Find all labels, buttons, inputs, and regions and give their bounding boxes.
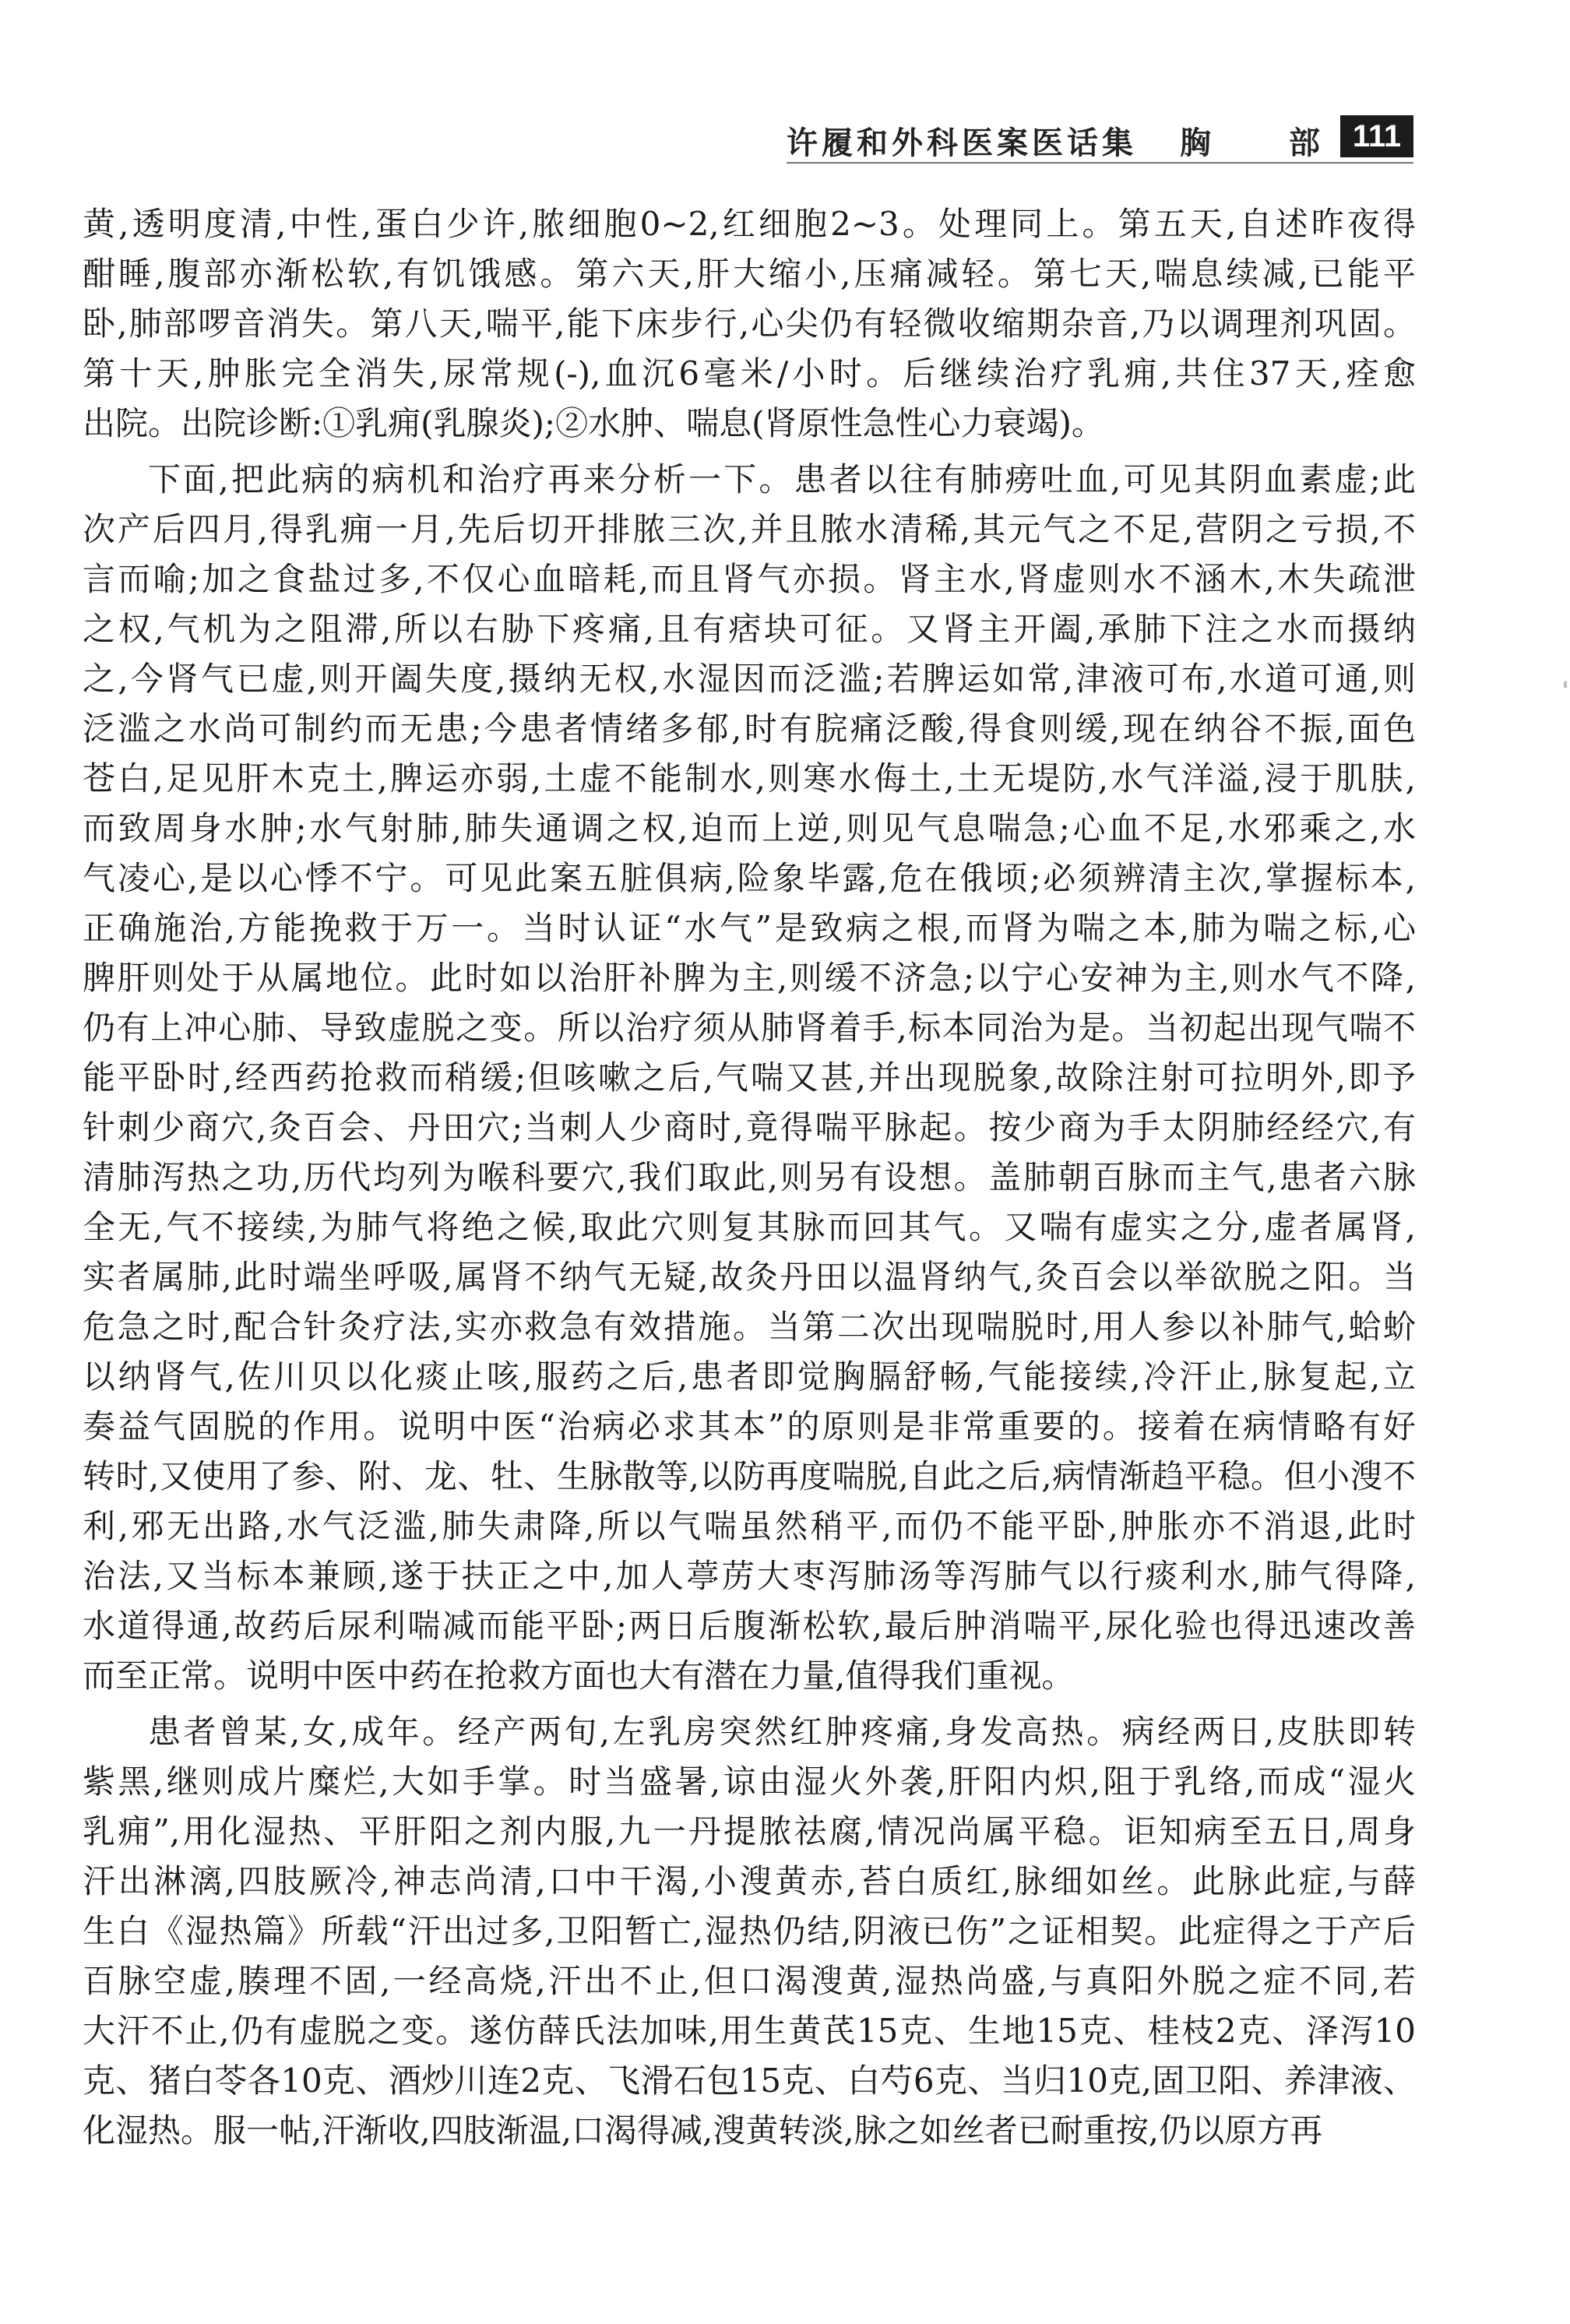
text-line: 黄,透明度清,中性,蛋白少许,脓细胞0~2,红细胞2~3。处理同上。第五天,自述… — [83, 199, 1416, 249]
text-line: 针刺少商穴,灸百会、丹田穴;当刺人少商时,竟得喘平脉起。按少商为手太阴肺经经穴,… — [83, 1103, 1416, 1153]
text-line: 患者曾某,女,成年。经产两旬,左乳房突然红肿疼痛,身发高热。病经两日,皮肤即转 — [83, 1707, 1416, 1757]
text-line: 水道得通,故药后尿利喘减而能平卧;两日后腹渐松软,最后肿消喘平,尿化验也得迅速改… — [83, 1601, 1416, 1651]
text-line: 而至正常。说明中医中药在抢救方面也大有潜在力量,值得我们重视。 — [83, 1651, 1416, 1701]
page-number-badge: 111 — [1340, 115, 1413, 157]
text-line: 百脉空虚,腠理不固,一经高烧,汗出不止,但口渴溲黄,湿热尚盛,与真阳外脱之症不同… — [83, 1956, 1416, 2006]
text-line: 以纳肾气,佐川贝以化痰止咳,服药之后,患者即觉胸膈舒畅,气能接续,冷汗止,脉复起… — [83, 1352, 1416, 1402]
text-line: 大汗不止,仍有虚脱之变。遂仿薛氏法加味,用生黄芪15克、生地15克、桂枝2克、泽… — [83, 2006, 1416, 2056]
text-line: 化湿热。服一帖,汗渐收,四肢渐温,口渴得减,溲黄转淡,脉之如丝者已耐重按,仍以原… — [83, 2106, 1416, 2156]
text-line: 之,今肾气已虚,则开阖失度,摄纳无权,水湿因而泛滥;若脾运如常,津液可布,水道可… — [83, 654, 1416, 704]
text-line: 苍白,足见肝木克土,脾运亦弱,土虚不能制水,则寒水侮土,土无堤防,水气洋溢,浸于… — [83, 754, 1416, 804]
text-line: 乳痈”,用化湿热、平肝阳之剂内服,九一丹提脓祛腐,情况尚属平稳。讵知病至五日,周… — [83, 1807, 1416, 1857]
header-rule — [787, 162, 1413, 164]
text-line: 汗出淋漓,四肢厥冷,神志尚清,口中干渴,小溲黄赤,苔白质红,脉细如丝。此脉此症,… — [83, 1857, 1416, 1907]
text-line: 利,邪无出路,水气泛滥,肺失肃降,所以气喘虽然稍平,而仍不能平卧,肿胀亦不消退,… — [83, 1502, 1416, 1551]
text-line: 而致周身水肿;水气射肺,肺失通调之权,迫而上逆,则见气息喘急;心血不足,水邪乘之… — [83, 804, 1416, 854]
scan-speck — [1564, 681, 1567, 688]
section-char-2: 部 — [1289, 118, 1320, 163]
text-line: 紫黑,继则成片糜烂,大如手掌。时当盛暑,谅由湿火外袭,肝阳内炽,阻于乳络,而成“… — [83, 1757, 1416, 1807]
text-line: 言而喻;加之食盐过多,不仅心血暗耗,而且肾气亦损。肾主水,肾虚则水不涵木,木失疏… — [83, 555, 1416, 604]
book-title: 许履和外科医案医话集 — [787, 118, 1137, 163]
text-line: 酣睡,腹部亦渐松软,有饥饿感。第六天,肝大缩小,压痛减轻。第七天,喘息续减,已能… — [83, 249, 1416, 299]
text-line: 次产后四月,得乳痈一月,先后切开排脓三次,并且脓水清稀,其元气之不足,营阴之亏损… — [83, 505, 1416, 555]
text-line: 克、猪白苓各10克、酒炒川连2克、飞滑石包15克、白芍6克、当归10克,固卫阳、… — [83, 2056, 1416, 2106]
text-line: 脾肝则处于从属地位。此时如以治肝补脾为主,则缓不济急;以宁心安神为主,则水气不降… — [83, 953, 1416, 1003]
text-line: 能平卧时,经西药抢救而稍缓;但咳嗽之后,气喘又甚,并出现脱象,故除注射可拉明外,… — [83, 1053, 1416, 1103]
paragraph: 下面,把此病的病机和治疗再来分析一下。患者以往有肺痨吐血,可见其阴血素虚;此次产… — [83, 455, 1416, 1701]
text-line: 出院。出院诊断:①乳痈(乳腺炎);②水肿、喘息(肾原性急性心力衰竭)。 — [83, 399, 1416, 449]
text-line: 实者属肺,此时端坐呼吸,属肾不纳气无疑,故灸丹田以温肾纳气,灸百会以举欲脱之阳。… — [83, 1252, 1416, 1302]
running-header: 许履和外科医案医话集 胸 部 111 — [787, 115, 1410, 159]
text-line: 正确施治,方能挽救于万一。当时认证“水气”是致病之根,而肾为喘之本,肺为喘之标,… — [83, 903, 1416, 953]
text-line: 气凌心,是以心悸不宁。可见此案五脏俱病,险象毕露,危在俄顷;必须辨清主次,掌握标… — [83, 854, 1416, 903]
text-line: 仍有上冲心肺、导致虚脱之变。所以治疗须从肺肾着手,标本同治为是。当初起出现气喘不 — [83, 1003, 1416, 1053]
paragraph: 患者曾某,女,成年。经产两旬,左乳房突然红肿疼痛,身发高热。病经两日,皮肤即转紫… — [83, 1707, 1416, 2156]
text-line: 危急之时,配合针灸疗法,实亦救急有效措施。当第二次出现喘脱时,用人参以补肺气,蛤… — [83, 1302, 1416, 1352]
text-line: 清肺泻热之功,历代均列为喉科要穴,我们取此,则另有设想。盖肺朝百脉而主气,患者六… — [83, 1153, 1416, 1202]
text-line: 卧,肺部啰音消失。第八天,喘平,能下床步行,心尖仍有轻微收缩期杂音,乃以调理剂巩… — [83, 299, 1416, 349]
text-line: 泛滥之水尚可制约而无患;今患者情绪多郁,时有脘痛泛酸,得食则缓,现在纳谷不振,面… — [83, 704, 1416, 754]
text-line: 第十天,肿胀完全消失,尿常规(-),血沉6毫米/小时。后继续治疗乳痈,共住37天… — [83, 349, 1416, 399]
text-line: 生白《湿热篇》所载“汗出过多,卫阳暂亡,湿热仍结,阴液已伤”之证相契。此症得之于… — [83, 1907, 1416, 1956]
text-line: 奏益气固脱的作用。说明中医“治病必求其本”的原则是非常重要的。接着在病情略有好 — [83, 1402, 1416, 1452]
text-line: 下面,把此病的病机和治疗再来分析一下。患者以往有肺痨吐血,可见其阴血素虚;此 — [83, 455, 1416, 505]
page-body: 黄,透明度清,中性,蛋白少许,脓细胞0~2,红细胞2~3。处理同上。第五天,自述… — [83, 199, 1416, 2156]
text-line: 转时,又使用了参、附、龙、牡、生脉散等,以防再度喘脱,自此之后,病情渐趋平稳。但… — [83, 1452, 1416, 1502]
text-line: 全无,气不接续,为肺气将绝之候,取此穴则复其脉而回其气。又喘有虚实之分,虚者属肾… — [83, 1202, 1416, 1252]
section-char-1: 胸 — [1180, 118, 1211, 163]
text-line: 治法,又当标本兼顾,遂于扶正之中,加人葶苈大枣泻肺汤等泻肺气以行痰利水,肺气得降… — [83, 1551, 1416, 1601]
paragraph: 黄,透明度清,中性,蛋白少许,脓细胞0~2,红细胞2~3。处理同上。第五天,自述… — [83, 199, 1416, 449]
text-line: 之权,气机为之阻滞,所以右胁下疼痛,且有痞块可征。又肾主开阖,承肺下注之水而摄纳 — [83, 604, 1416, 654]
